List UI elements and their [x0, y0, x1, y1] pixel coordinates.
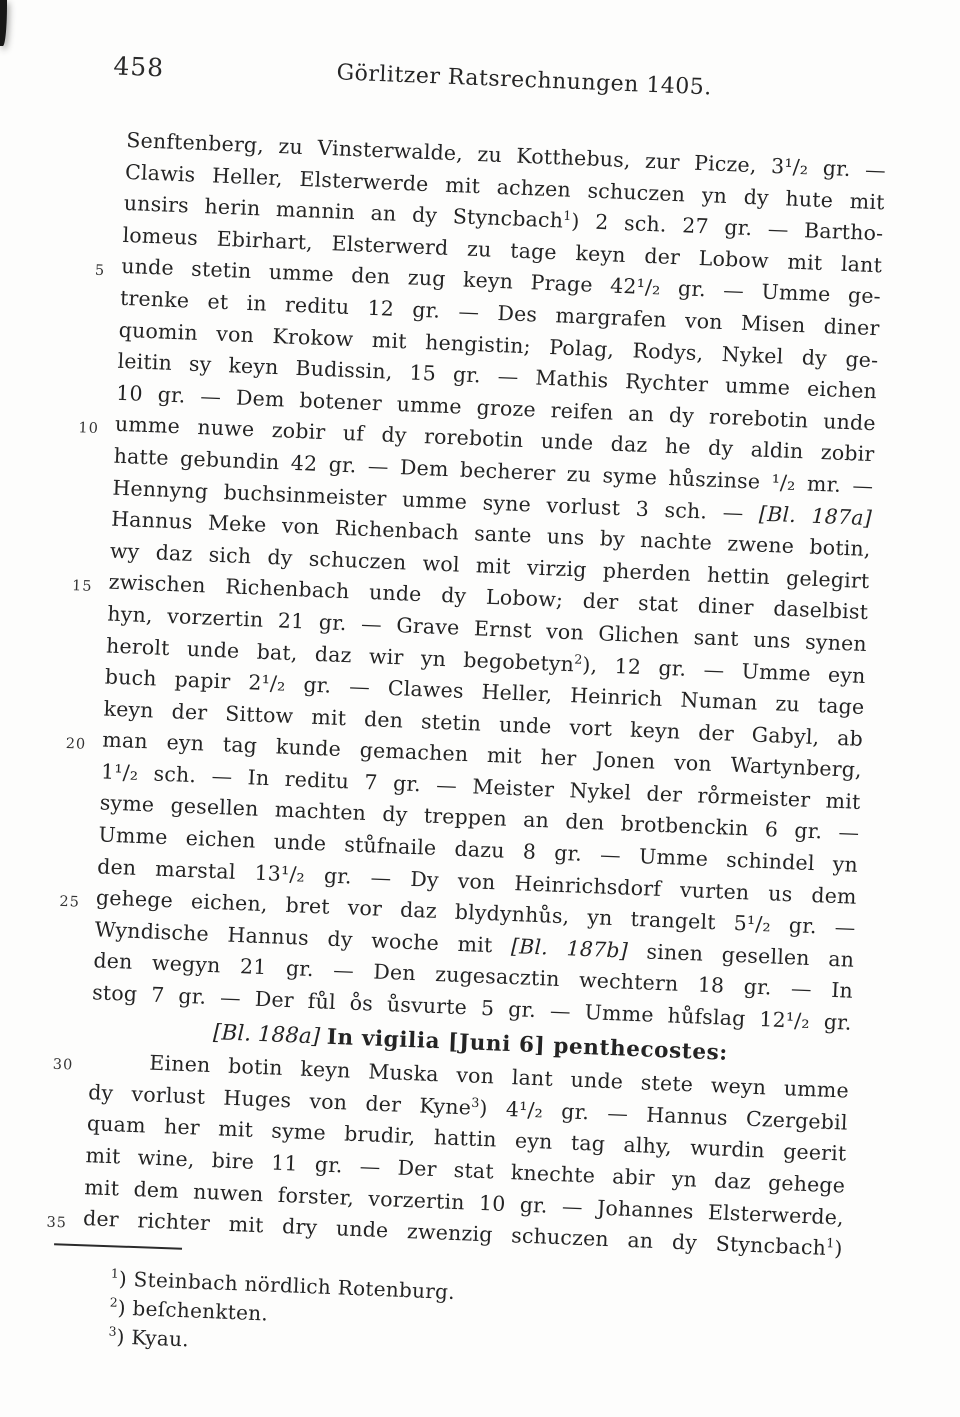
line-number: 15 — [66, 571, 93, 604]
line-number: 25 — [53, 887, 80, 920]
footnote-divider — [54, 1243, 182, 1249]
book-page: 458 Görlitzer Ratsrechnungen 1405. Senft… — [78, 52, 890, 1380]
footnotes: 1) Steinbach nördlich Rotenburg.2) beſch… — [78, 1263, 841, 1380]
line-number: 5 — [79, 256, 106, 289]
page-header: 458 Görlitzer Ratsrechnungen 1405. — [128, 52, 889, 122]
line-number: 20 — [60, 729, 87, 762]
line-number: 10 — [72, 413, 99, 446]
scan-edge-artifact — [0, 0, 7, 46]
line-number: 35 — [40, 1207, 67, 1240]
running-header-title: Görlitzer Ratsrechnungen 1405. — [129, 52, 889, 107]
line-number: 30 — [47, 1050, 74, 1083]
body-text: Senftenberg, zu Vinsterwalde, zu Kottheb… — [82, 125, 886, 1265]
page-number: 458 — [113, 51, 165, 82]
